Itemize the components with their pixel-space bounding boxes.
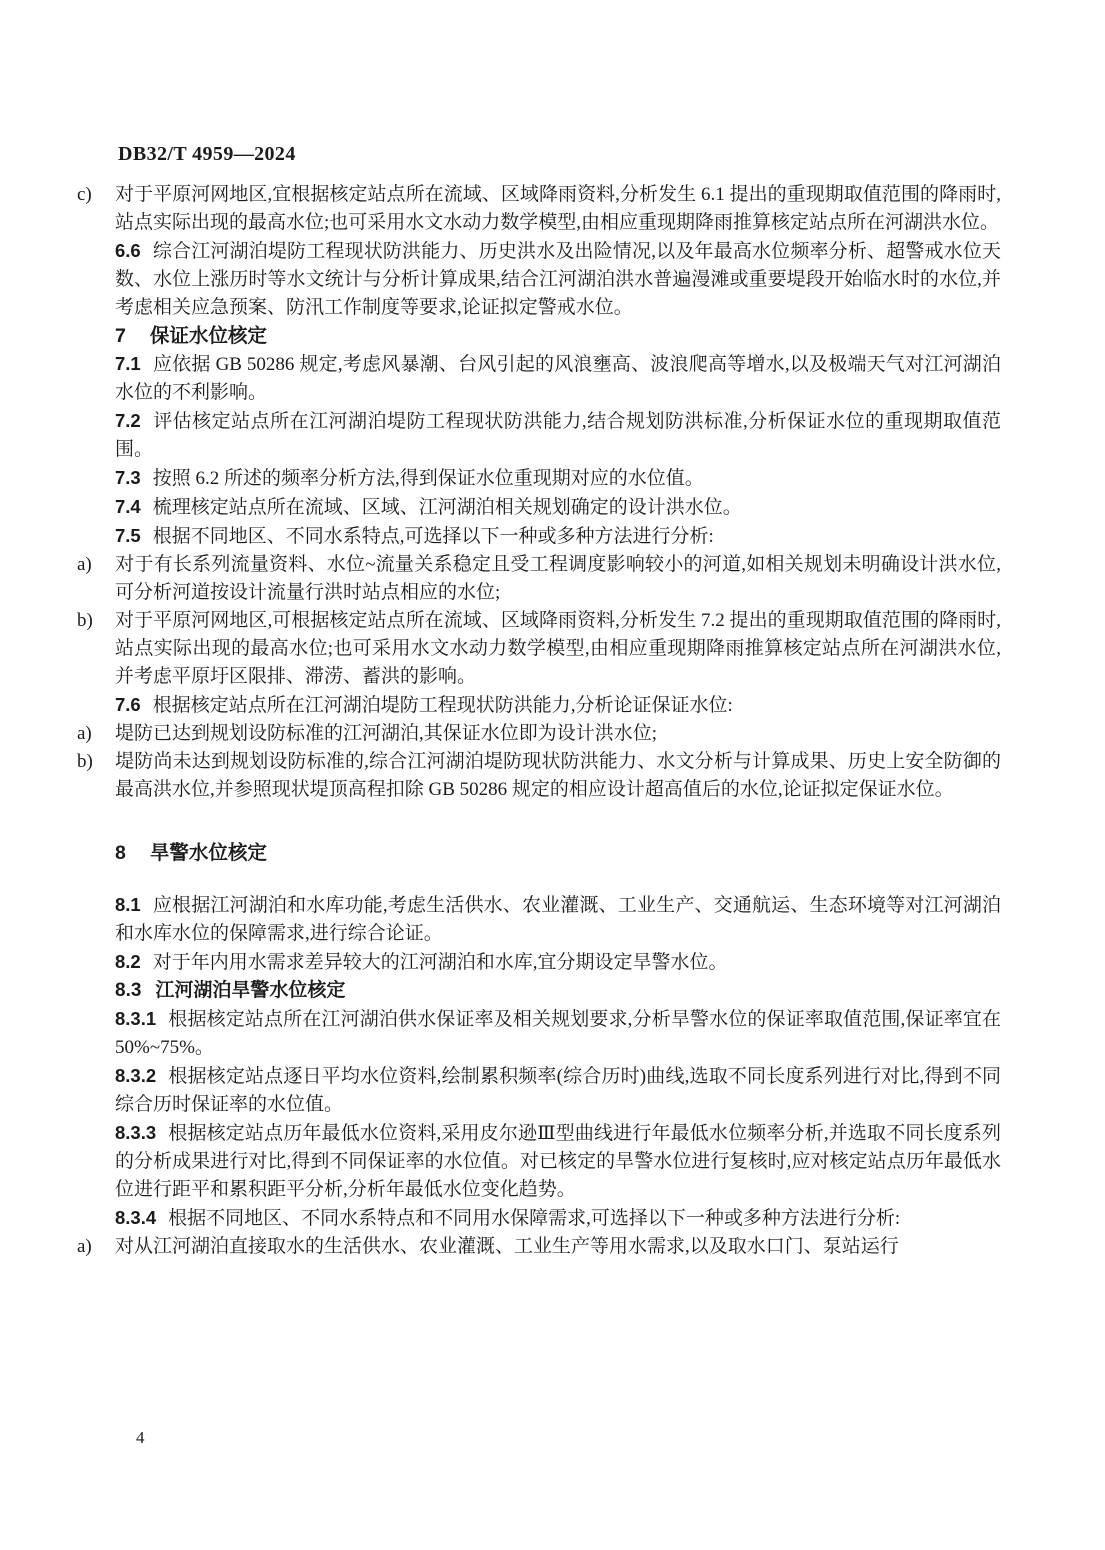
clause-text: 综合江河湖泊堤防工程现状防洪能力、历史洪水及出险情况,以及年最高水位频率分析、超… xyxy=(115,241,1001,318)
subsection-title: 江河湖泊旱警水位核定 xyxy=(155,980,345,1001)
clause-text: 根据不同地区、不同水系特点和不同用水保障需求,可选择以下一种或多种方法进行分析: xyxy=(168,1208,900,1229)
section-number: 7 xyxy=(115,325,126,347)
page-number: 4 xyxy=(136,1428,145,1448)
clause-text: 梳理核定站点所在流域、区域、江河湖泊相关规划确定的设计洪水位。 xyxy=(153,497,742,518)
clause-number: 7.4 xyxy=(115,496,141,517)
clause-number: 8.3.2 xyxy=(115,1065,156,1086)
subsection-number: 8.3 xyxy=(115,980,141,1001)
clause-text: 根据核定站点逐日平均水位资料,绘制累积频率(综合历时)曲线,选取不同长度系列进行… xyxy=(115,1066,1001,1115)
list-item-label: c) xyxy=(77,181,115,209)
clause-7-2: 7.2评估核定站点所在江河湖泊堤防工程现状防洪能力,结合规划防洪标准,分析保证水… xyxy=(115,407,1001,464)
section-number: 8 xyxy=(115,842,126,864)
clause-number: 7.6 xyxy=(115,694,141,715)
clause-text: 评估核定站点所在江河湖泊堤防工程现状防洪能力,结合规划防洪标准,分析保证水位的重… xyxy=(115,411,1001,460)
clause-number: 8.2 xyxy=(115,951,141,972)
list-item-label: a) xyxy=(77,551,115,579)
clause-7-4: 7.4梳理核定站点所在流域、区域、江河湖泊相关规划确定的设计洪水位。 xyxy=(115,493,1001,522)
list-item-label: b) xyxy=(77,607,115,635)
list-item-text: 对从江河湖泊直接取水的生活供水、农业灌溉、工业生产等用水需求,以及取水口门、泵站… xyxy=(115,1236,899,1257)
document-body: c)对于平原河网地区,宜根据核定站点所在流域、区域降雨资料,分析发生 6.1 提… xyxy=(115,181,1001,1261)
list-item-label: a) xyxy=(77,720,115,748)
section-title: 保证水位核定 xyxy=(150,325,267,347)
clause-number: 7.2 xyxy=(115,410,141,431)
list-item-a: a)堤防已达到规划设防标准的江河湖泊,其保证水位即为设计洪水位; xyxy=(115,720,1001,748)
clause-text: 应依据 GB 50286 规定,考虑风暴潮、台风引起的风浪壅高、波浪爬高等增水,… xyxy=(115,354,1001,403)
clause-text: 根据核定站点历年最低水位资料,采用皮尔逊Ⅲ型曲线进行年最低水位频率分析,并选取不… xyxy=(115,1123,1001,1200)
list-item-text: 对于平原河网地区,可根据核定站点所在流域、区域降雨资料,分析发生 7.2 提出的… xyxy=(115,610,1001,687)
clause-number: 7.3 xyxy=(115,467,141,488)
subsection-heading-8-3: 8.3江河湖泊旱警水位核定 xyxy=(115,977,1001,1005)
clause-text: 根据核定站点所在江河湖泊堤防工程现状防洪能力,分析论证保证水位: xyxy=(153,695,733,716)
clause-number: 8.3.4 xyxy=(115,1207,156,1228)
list-item-b: b)对于平原河网地区,可根据核定站点所在流域、区域降雨资料,分析发生 7.2 提… xyxy=(115,607,1001,691)
list-item-text: 堤防尚未达到规划设防标准的,综合江河湖泊堤防现状防洪能力、水文分析与计算成果、历… xyxy=(115,751,1001,800)
clause-number: 8.3.3 xyxy=(115,1122,156,1143)
list-item-a: a)对从江河湖泊直接取水的生活供水、农业灌溉、工业生产等用水需求,以及取水口门、… xyxy=(115,1233,1001,1261)
section-title: 旱警水位核定 xyxy=(150,842,267,864)
list-item-label: a) xyxy=(77,1233,115,1261)
document-header-code: DB32/T 4959—2024 xyxy=(118,143,296,166)
list-item-label: b) xyxy=(77,748,115,776)
clause-8-3-2: 8.3.2根据核定站点逐日平均水位资料,绘制累积频率(综合历时)曲线,选取不同长… xyxy=(115,1062,1001,1119)
section-heading-8: 8旱警水位核定 xyxy=(115,839,1001,867)
list-item-text: 对于平原河网地区,宜根据核定站点所在流域、区域降雨资料,分析发生 6.1 提出的… xyxy=(115,184,1001,233)
clause-text: 按照 6.2 所述的频率分析方法,得到保证水位重现期对应的水位值。 xyxy=(153,468,704,489)
section-heading-7: 7保证水位核定 xyxy=(115,322,1001,350)
clause-8-3-3: 8.3.3根据核定站点历年最低水位资料,采用皮尔逊Ⅲ型曲线进行年最低水位频率分析… xyxy=(115,1119,1001,1204)
list-item-text: 对于有长系列流量资料、水位~流量关系稳定且受工程调度影响较小的河道,如相关规划未… xyxy=(115,554,1001,603)
clause-text: 根据不同地区、不同水系特点,可选择以下一种或多种方法进行分析: xyxy=(153,526,714,547)
clause-6-6: 6.6综合江河湖泊堤防工程现状防洪能力、历史洪水及出险情况,以及年最高水位频率分… xyxy=(115,237,1001,322)
clause-8-3-4: 8.3.4根据不同地区、不同水系特点和不同用水保障需求,可选择以下一种或多种方法… xyxy=(115,1204,1001,1233)
list-item-text: 堤防已达到规划设防标准的江河湖泊,其保证水位即为设计洪水位; xyxy=(115,723,657,744)
list-item-a: a)对于有长系列流量资料、水位~流量关系稳定且受工程调度影响较小的河道,如相关规… xyxy=(115,551,1001,607)
clause-text: 应根据江河湖泊和水库功能,考虑生活供水、农业灌溉、工业生产、交通航运、生态环境等… xyxy=(115,895,1001,944)
clause-7-3: 7.3按照 6.2 所述的频率分析方法,得到保证水位重现期对应的水位值。 xyxy=(115,464,1001,493)
clause-7-5: 7.5根据不同地区、不同水系特点,可选择以下一种或多种方法进行分析: xyxy=(115,522,1001,551)
clause-number: 6.6 xyxy=(115,240,141,261)
clause-7-6: 7.6根据核定站点所在江河湖泊堤防工程现状防洪能力,分析论证保证水位: xyxy=(115,691,1001,720)
clause-number: 7.5 xyxy=(115,525,141,546)
clause-8-2: 8.2对于年内用水需求差异较大的江河湖泊和水库,宜分期设定旱警水位。 xyxy=(115,948,1001,977)
clause-number: 8.3.1 xyxy=(115,1008,156,1029)
clause-7-1: 7.1应依据 GB 50286 规定,考虑风暴潮、台风引起的风浪壅高、波浪爬高等… xyxy=(115,350,1001,407)
clause-number: 7.1 xyxy=(115,353,141,374)
list-item-c: c)对于平原河网地区,宜根据核定站点所在流域、区域降雨资料,分析发生 6.1 提… xyxy=(115,181,1001,237)
clause-8-3-1: 8.3.1根据核定站点所在江河湖泊供水保证率及相关规划要求,分析旱警水位的保证率… xyxy=(115,1005,1001,1062)
clause-number: 8.1 xyxy=(115,894,141,915)
clause-8-1: 8.1应根据江河湖泊和水库功能,考虑生活供水、农业灌溉、工业生产、交通航运、生态… xyxy=(115,891,1001,948)
clause-text: 对于年内用水需求差异较大的江河湖泊和水库,宜分期设定旱警水位。 xyxy=(153,952,728,973)
clause-text: 根据核定站点所在江河湖泊供水保证率及相关规划要求,分析旱警水位的保证率取值范围,… xyxy=(115,1009,1001,1058)
list-item-b: b)堤防尚未达到规划设防标准的,综合江河湖泊堤防现状防洪能力、水文分析与计算成果… xyxy=(115,748,1001,804)
